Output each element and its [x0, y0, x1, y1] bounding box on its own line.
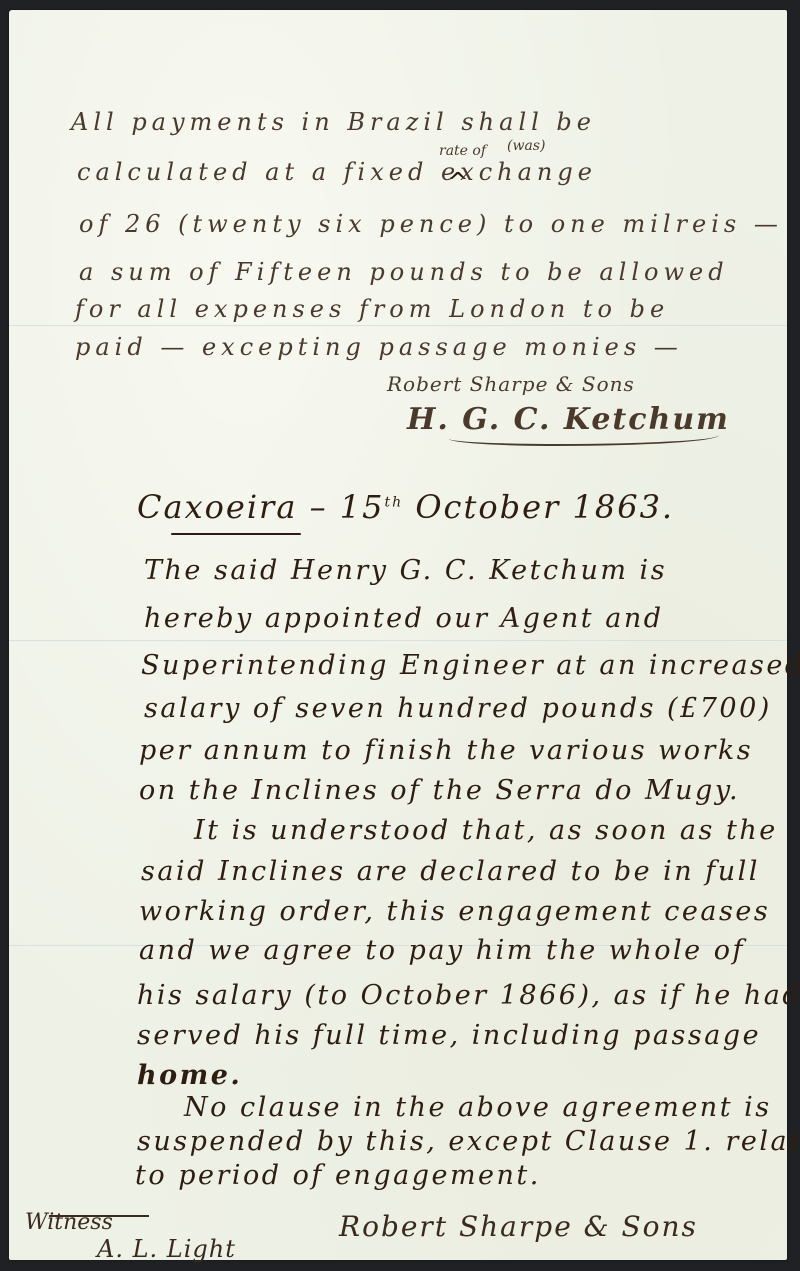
text-line: to period of engagement. [135, 1160, 541, 1191]
text-line: calculated at a fixed exchange [77, 158, 597, 186]
text-line: The said Henry G. C. Ketchum is [144, 555, 667, 586]
text-line: on the Inclines of the Serra do Mugy. [139, 775, 740, 806]
text-line: per annum to finish the various works [139, 735, 753, 766]
firm-signature: Robert Sharpe & Sons [339, 1210, 698, 1243]
heading-underline [171, 533, 301, 535]
fold-line [9, 325, 787, 327]
text-line: of 26 (twenty six pence) to one milreis … [79, 210, 783, 238]
text-line: his salary (to October 1866), as if he h… [137, 980, 800, 1011]
text-line: served his full time, including passage [137, 1020, 761, 1051]
text-line: hereby appointed our Agent and [144, 603, 664, 634]
text-line: for all expenses from London to be [75, 295, 669, 323]
date-month-year: October 1863. [403, 488, 674, 526]
insertion-text: rate of [439, 143, 486, 159]
text-line: suspended by this, except Clause 1. rela… [137, 1126, 800, 1157]
date-suffix: th [384, 494, 403, 510]
text-line: said Inclines are declared to be in full [141, 856, 760, 887]
place-date-heading: Caxoeira – 15th October 1863. [137, 488, 674, 526]
text-line: paid — excepting passage monies — [75, 333, 683, 361]
text-line: and we agree to pay him the whole of [139, 935, 745, 966]
insertion-bracket: (was) [507, 138, 545, 154]
text-line: salary of seven hundred pounds (£700) [144, 693, 772, 724]
text-line: a sum of Fifteen pounds to be allowed [79, 258, 729, 286]
text-line: home. [137, 1060, 242, 1091]
signature-flourish [449, 428, 719, 446]
separator: – [297, 488, 339, 526]
text-line: Superintending Engineer at an increased [141, 650, 800, 681]
date-day: 15 [340, 488, 385, 526]
text-line: It is understood that, as soon as the [194, 815, 778, 846]
text-line: All payments in Brazil shall be [71, 108, 596, 136]
document-page: All payments in Brazil shall be rate of … [9, 10, 787, 1260]
witness-signature: A. L. Light [97, 1235, 236, 1263]
place-name: Caxoeira [137, 488, 297, 526]
fold-line [9, 640, 787, 642]
text-line: No clause in the above agreement is [184, 1092, 772, 1123]
text-line: working order, this engagement ceases [139, 896, 770, 927]
firm-signature: Robert Sharpe & Sons [387, 372, 635, 396]
witness-label: Witness [25, 1210, 113, 1235]
